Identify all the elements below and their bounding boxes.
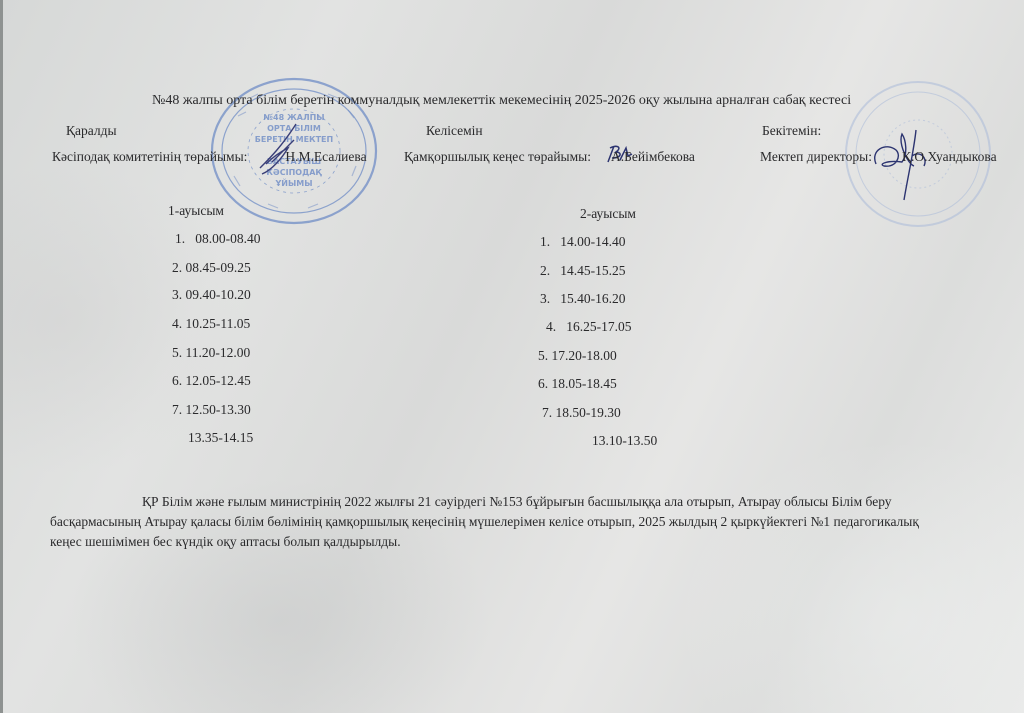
paragraph-line: басқармасының Атырау қаласы білім бөлімі…: [50, 512, 1024, 532]
lesson-time-row: 6. 12.05-12.45: [172, 373, 251, 389]
approval-heading-reviewed: Қаралды: [66, 123, 117, 139]
page-edge: [0, 0, 3, 713]
signatory-role: Мектеп директоры:: [760, 149, 872, 164]
paragraph-line: ҚР Білім және ғылым министрінің 2022 жыл…: [50, 492, 1024, 512]
stamp-line: ОРТА БІЛІМ: [267, 124, 321, 133]
lesson-time-row: 2. 14.45-15.25: [540, 263, 626, 279]
stamp-line: №48 ЖАЛПЫ: [263, 113, 324, 122]
approval-heading-approved: Бекітемін:: [762, 123, 821, 139]
lesson-time-row: 13.35-14.15: [188, 430, 253, 446]
lesson-time-row: 7. 12.50-13.30: [172, 402, 251, 418]
stamp-line: ҰЙЫМЫ: [274, 177, 312, 188]
signatory-role: Қамқоршылық кеңес төрайымы:: [404, 149, 591, 164]
lesson-time-row: 4. 10.25-11.05: [172, 316, 250, 332]
signatory-name: А.Бейімбекова: [611, 149, 695, 164]
document-title: №48 жалпы орта білім беретін коммуналдық…: [152, 93, 851, 109]
stamp-line: БЕРЕТІН МЕКТЕП: [255, 135, 333, 144]
stamp-line: КӘСІПОДАҚ: [266, 168, 322, 177]
lesson-time-row: 3. 15.40-16.20: [540, 291, 626, 307]
decision-paragraph: ҚР Білім және ғылым министрінің 2022 жыл…: [50, 492, 1024, 552]
signature-union-chair: [252, 118, 308, 178]
lesson-time-row: 5. 11.20-12.00: [172, 345, 250, 361]
lesson-time-row: 3. 09.40-10.20: [172, 287, 251, 303]
lesson-time-row: 6. 18.05-18.45: [538, 376, 617, 392]
paragraph-line: кеңес шешімімен бес күндік оқу аптасы бо…: [50, 532, 1024, 552]
lesson-time-row: 4. 16.25-17.05: [546, 319, 632, 335]
lesson-time-row: 7. 18.50-19.30: [542, 405, 621, 421]
signatory-name: Н.М.Есалиева: [285, 149, 366, 164]
lesson-time-row: 13.10-13.50: [592, 433, 657, 449]
signatory-role: Кәсіподақ комитетінің төрайымы:: [52, 149, 247, 164]
shift-title: 2-ауысым: [580, 206, 636, 222]
lesson-time-row: 2. 08.45-09.25: [172, 260, 251, 276]
signatory-union-chair: Кәсіподақ комитетінің төрайымы:Н.М.Есали…: [52, 149, 367, 165]
signatory-board-chair: Қамқоршылық кеңес төрайымы:А.Бейімбекова: [404, 149, 695, 165]
lesson-time-row: 5. 17.20-18.00: [538, 348, 617, 364]
shift-title: 1-ауысым: [168, 203, 224, 219]
lesson-time-row: 1. 08.00-08.40: [175, 231, 261, 247]
signatory-name: Қ.О.Хуандыкова: [902, 149, 997, 164]
signatory-director: Мектеп директоры:Қ.О.Хуандыкова: [760, 149, 997, 165]
lesson-time-row: 1. 14.00-14.40: [540, 234, 626, 250]
approval-heading-agreed: Келісемін: [426, 123, 483, 139]
